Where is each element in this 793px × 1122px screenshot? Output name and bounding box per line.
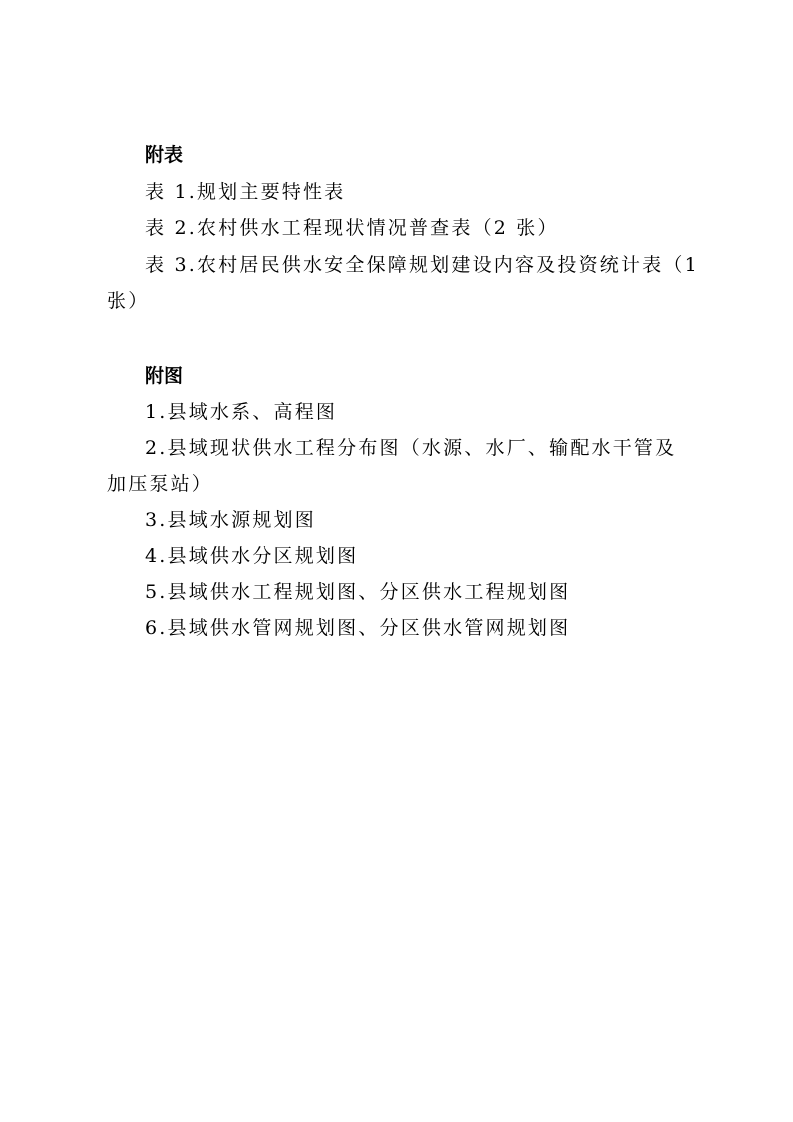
appendix-tables-heading: 附表: [145, 143, 183, 167]
figure-list-item-4: 4.县域供水分区规划图: [145, 544, 358, 568]
table-list-item-2: 表 2.农村供水工程现状情况普查表（2 张）: [145, 216, 559, 240]
figure-list-item-6: 6.县域供水管网规划图、分区供水管网规划图: [145, 616, 570, 640]
figure-list-item-2-line1: 2.县域现状供水工程分布图（水源、水厂、输配水干管及: [145, 436, 676, 460]
table-list-item-1: 表 1.规划主要特性表: [145, 180, 345, 204]
table-list-item-3-line1: 表 3.农村居民供水安全保障规划建设内容及投资统计表（1: [145, 253, 699, 277]
table-list-item-3-line2: 张）: [107, 289, 149, 313]
figure-list-item-5: 5.县域供水工程规划图、分区供水工程规划图: [145, 580, 570, 604]
document-page: 附表 表 1.规划主要特性表 表 2.农村供水工程现状情况普查表（2 张） 表 …: [0, 0, 793, 1122]
appendix-figures-heading: 附图: [145, 364, 183, 388]
figure-list-item-1: 1.县域水系、高程图: [145, 400, 337, 424]
figure-list-item-3: 3.县域水源规划图: [145, 508, 316, 532]
figure-list-item-2-line2: 加压泵站）: [107, 472, 213, 496]
